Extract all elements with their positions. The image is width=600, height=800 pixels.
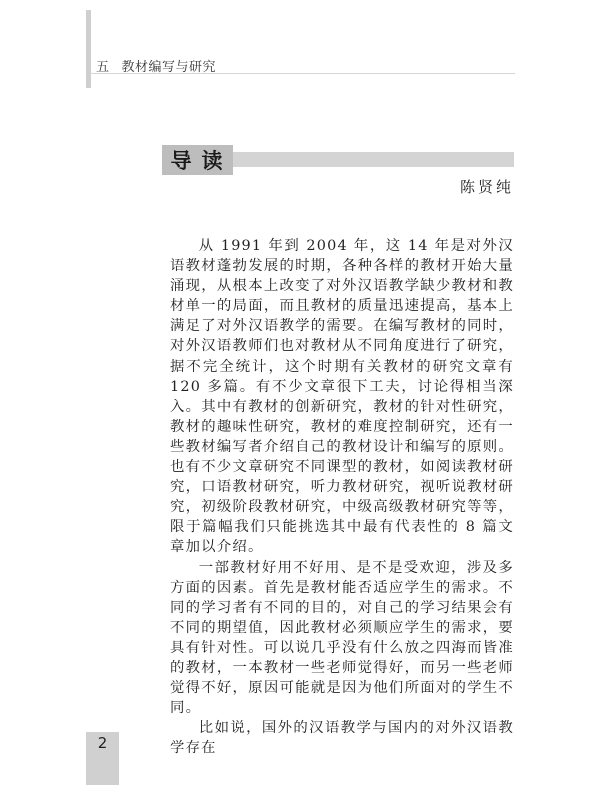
paragraph: 一部教材好用不好用、是不是受欢迎，涉及多方面的因素。首先是教材能否适应学生的需求… bbox=[170, 558, 514, 719]
paragraph: 比如说，国外的汉语教学与国内的对外汉语教学存在 bbox=[170, 718, 514, 758]
section-title: 导读 bbox=[162, 145, 233, 175]
body-text: 从 1991 年到 2004 年，这 14 年是对外汉语教材蓬勃发展的时期，各种… bbox=[170, 236, 514, 758]
margin-bar bbox=[86, 10, 91, 88]
paragraph: 从 1991 年到 2004 年，这 14 年是对外汉语教材蓬勃发展的时期，各种… bbox=[170, 236, 514, 558]
page-number: 2 bbox=[86, 732, 119, 785]
section-title-bar bbox=[233, 152, 514, 167]
author-name: 陈贤纯 bbox=[460, 176, 514, 197]
header-rule bbox=[90, 73, 515, 74]
